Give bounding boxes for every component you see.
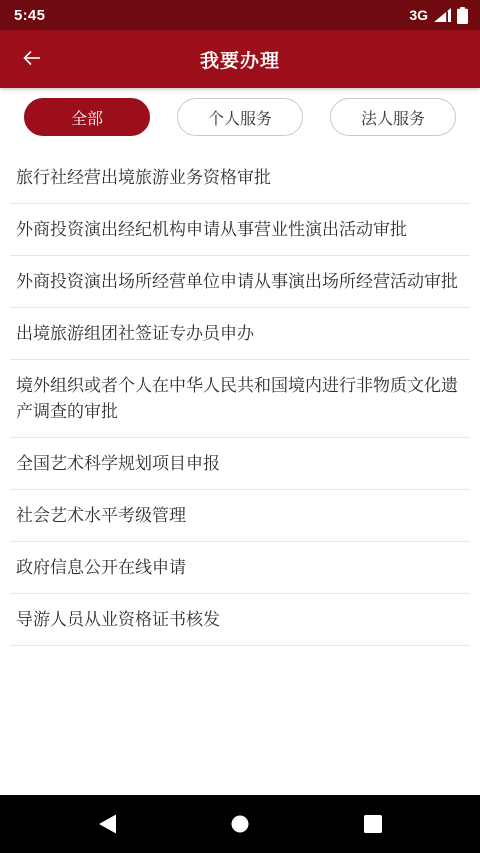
list-item[interactable]: 旅行社经营出境旅游业务资格审批 xyxy=(0,152,480,204)
network-type-label: 3G xyxy=(409,7,428,23)
status-bar: 5:45 3G xyxy=(0,0,480,30)
nav-back-button[interactable] xyxy=(92,808,122,840)
list-item[interactable]: 社会艺术水平考级管理 xyxy=(0,490,480,542)
list-item[interactable]: 外商投资演出经纪机构申请从事营业性演出活动审批 xyxy=(0,204,480,256)
phone-screen: 5:45 3G xyxy=(0,0,480,853)
signal-alert-icon xyxy=(434,8,451,22)
tab-personal-services[interactable]: 个人服务 xyxy=(177,98,303,136)
filter-tabs: 全部 个人服务 法人服务 xyxy=(0,88,480,136)
service-list: 旅行社经营出境旅游业务资格审批 外商投资演出经纪机构申请从事营业性演出活动审批 … xyxy=(0,152,480,646)
list-item[interactable]: 出境旅游组团社签证专办员申办 xyxy=(0,308,480,360)
status-time: 5:45 xyxy=(14,7,45,24)
list-item[interactable]: 政府信息公开在线申请 xyxy=(0,542,480,594)
tab-corporate-services[interactable]: 法人服务 xyxy=(330,98,456,136)
recents-square-icon xyxy=(364,815,382,833)
arrow-left-icon xyxy=(20,46,44,73)
battery-icon xyxy=(457,7,468,24)
back-button[interactable] xyxy=(8,30,56,88)
status-icons: 3G xyxy=(409,7,468,24)
home-circle-icon xyxy=(231,815,249,833)
tab-all[interactable]: 全部 xyxy=(24,98,150,136)
android-nav-bar xyxy=(0,795,480,853)
app-bar: 我要办理 xyxy=(0,30,480,88)
nav-recents-button[interactable] xyxy=(358,809,388,839)
list-item[interactable]: 外商投资演出场所经营单位申请从事演出场所经营活动审批 xyxy=(0,256,480,308)
list-item[interactable]: 全国艺术科学规划项目申报 xyxy=(0,438,480,490)
list-item[interactable]: 导游人员从业资格证书核发 xyxy=(0,594,480,646)
nav-home-button[interactable] xyxy=(225,809,255,839)
back-triangle-icon xyxy=(98,814,116,834)
list-item[interactable]: 境外组织或者个人在中华人民共和国境内进行非物质文化遗产调查的审批 xyxy=(0,360,480,438)
page-title: 我要办理 xyxy=(0,46,480,73)
